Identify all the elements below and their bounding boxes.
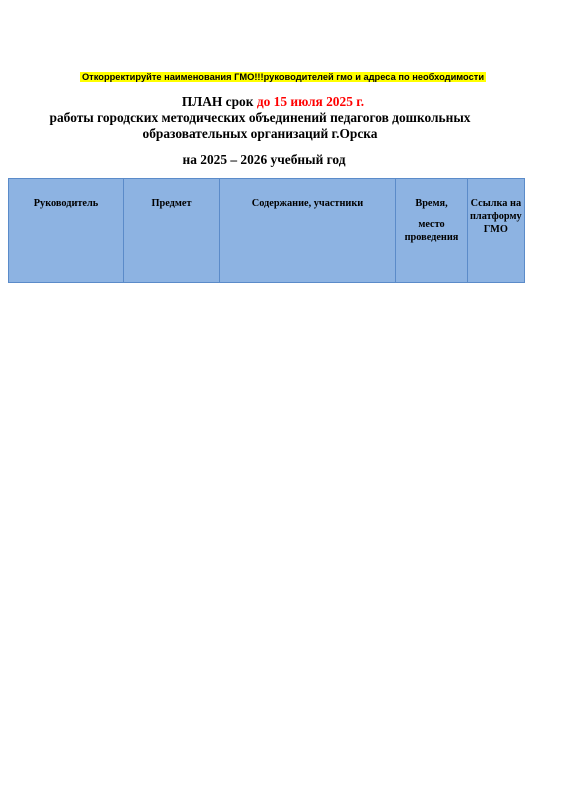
header-time: Время, [415,198,447,209]
title-line-3: образовательных организаций г.Орска [0,126,543,142]
title-prefix: ПЛАН срок [182,94,257,109]
correction-notice: Откорректируйте наименования ГМО!!!руков… [0,67,566,85]
header-content: Содержание, участники [220,179,396,283]
academic-year: на 2025 – 2026 учебный год [0,152,547,168]
header-link: Ссылка на платформу ГМО [468,179,525,283]
header-manager: Руководитель [9,179,124,283]
header-subject: Предмет [124,179,220,283]
title-line-2: работы городских методических объединени… [0,110,543,126]
header-time-place: Время,место проведения [396,179,468,283]
plan-table: Руководитель Предмет Содержание, участни… [8,178,525,283]
plan-title: ПЛАН срок до 15 июля 2025 г. [0,94,556,110]
table-header-row: Руководитель Предмет Содержание, участни… [9,179,525,283]
notice-text: Откорректируйте наименования ГМО!!!руков… [80,72,486,82]
header-place: место проведения [398,218,465,244]
deadline-text: до 15 июля 2025 г. [257,94,364,109]
